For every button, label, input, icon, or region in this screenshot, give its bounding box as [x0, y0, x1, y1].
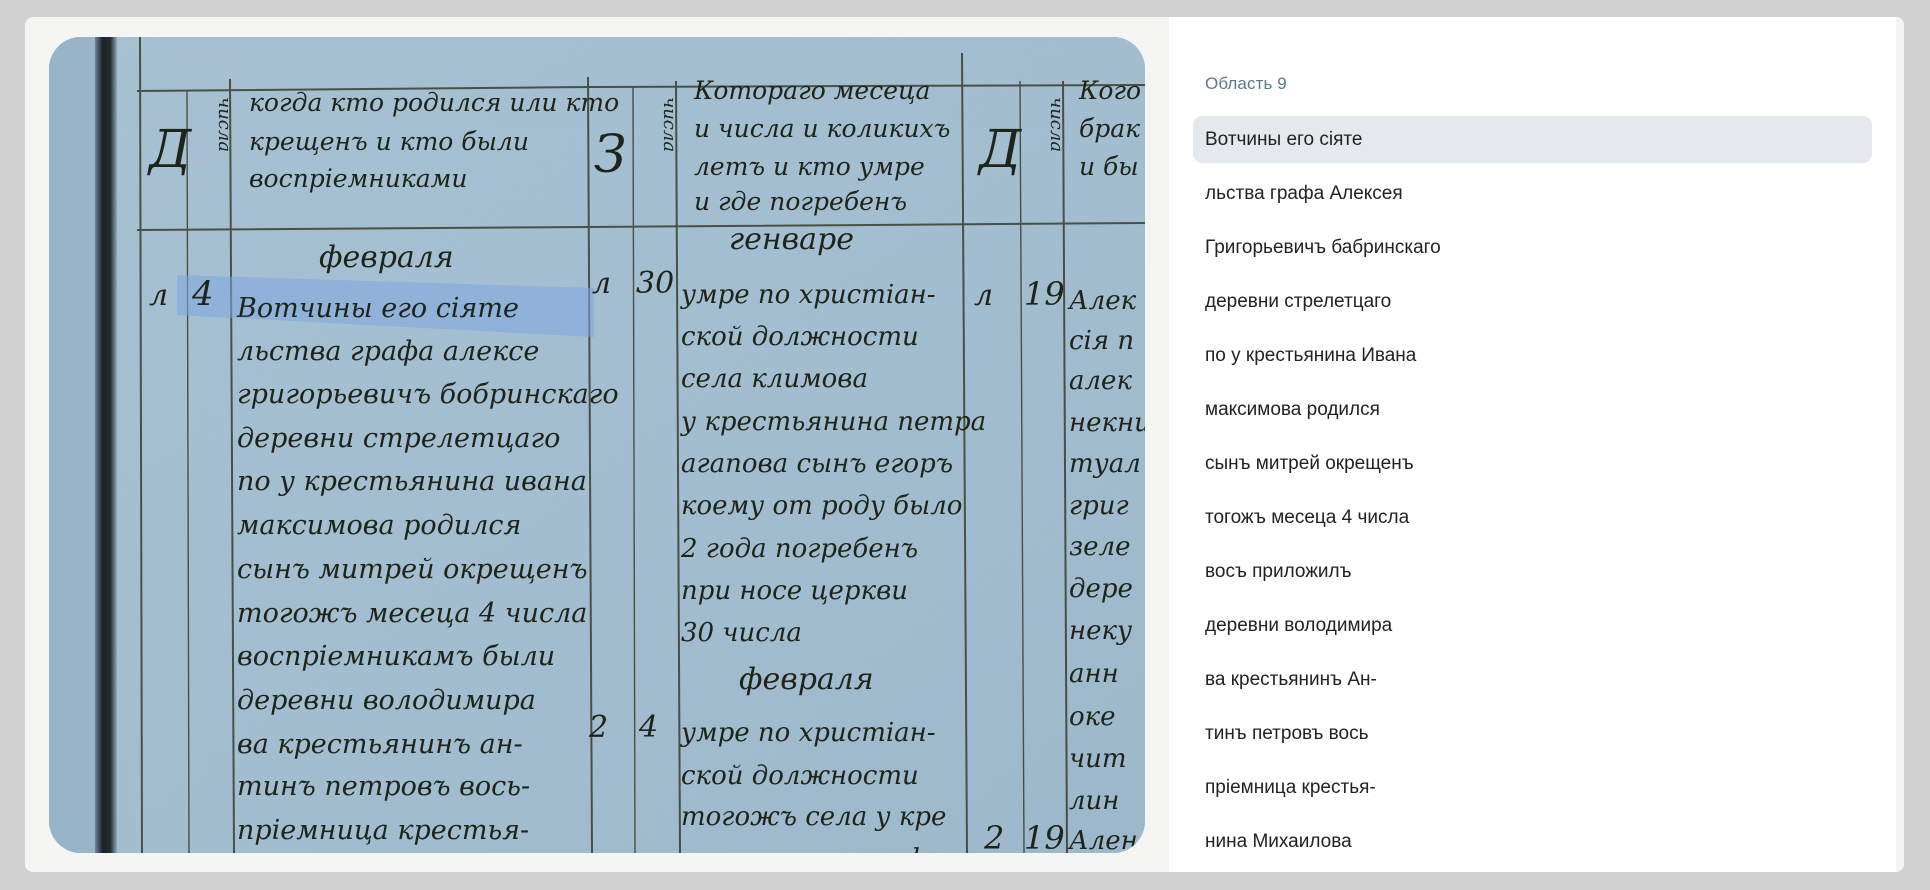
svg-text:Д: Д [147, 120, 193, 180]
svg-text:максимова родился: максимова родился [237, 510, 521, 541]
svg-text:алек: алек [1069, 366, 1132, 396]
svg-text:села климова: села климова [681, 364, 868, 394]
transcription-line[interactable]: сынъ митрей окрещенъ [1193, 440, 1872, 487]
transcription-line[interactable]: льства графа Алексея [1193, 170, 1872, 217]
svg-text:4: 4 [191, 274, 214, 314]
svg-text:2 года погребенъ: 2 года погребенъ [680, 534, 918, 564]
svg-text:и числа и коликихъ: и числа и коликихъ [694, 114, 950, 143]
svg-text:по у крестьянина ивана: по у крестьянина ивана [237, 466, 587, 497]
svg-text:коему от роду было: коему от роду было [681, 491, 962, 521]
svg-text:Д: Д [977, 120, 1023, 180]
svg-text:ской должности: ской должности [681, 761, 919, 791]
manuscript-image-viewer[interactable]: когда кто родился или кто крещенъ и кто … [49, 37, 1145, 853]
svg-text:л: л [592, 266, 611, 301]
svg-text:числа: числа [659, 97, 680, 152]
svg-text:Котораго месеца: Котораго месеца [693, 76, 930, 105]
svg-text:февраля: февраля [319, 240, 454, 275]
svg-text:умре по христіан-: умре по христіан- [680, 718, 936, 748]
svg-text:2: 2 [588, 710, 608, 745]
svg-text:летъ и кто умре: летъ и кто умре [694, 152, 925, 181]
svg-text:19: 19 [1024, 819, 1065, 853]
svg-text:19: 19 [1024, 275, 1065, 313]
svg-text:ской должности: ской должности [681, 322, 919, 352]
svg-text:крещенъ и кто были: крещенъ и кто были [249, 127, 529, 156]
svg-text:февраля: февраля [739, 662, 874, 697]
svg-text:и где погребенъ: и где погребенъ [694, 187, 907, 216]
svg-text:при носе церкви: при носе церкви [681, 576, 908, 606]
svg-text:4: 4 [638, 710, 658, 745]
svg-text:Кого: Кого [1078, 76, 1141, 105]
svg-text:тинъ петровъ вось-: тинъ петровъ вось- [237, 771, 530, 802]
svg-text:л: л [149, 278, 168, 313]
svg-text:неку: неку [1069, 616, 1132, 646]
transcription-line[interactable]: Григорьевичъ бабринскаго [1193, 224, 1872, 271]
svg-text:зеле: зеле [1069, 532, 1131, 562]
svg-text:воспріемниками: воспріемниками [249, 164, 467, 193]
svg-text:тогожъ месеца 4 числа: тогожъ месеца 4 числа [237, 598, 587, 629]
svg-text:ва крестьянинъ ан-: ва крестьянинъ ан- [237, 729, 523, 760]
svg-text:2: 2 [983, 819, 1004, 853]
svg-text:стьянина тимофеева: стьянина тимофеева [681, 844, 987, 853]
transcription-line-selected[interactable]: Вотчины его сіяте [1193, 116, 1872, 163]
transcription-panel: Область 9 Вотчины его сіяте льства графа… [1169, 17, 1896, 872]
svg-text:когда кто родился или кто: когда кто родился или кто [249, 88, 619, 117]
svg-text:тогожъ села у кре: тогожъ села у кре [681, 802, 946, 832]
transcription-line[interactable]: по у крестьянина Ивана [1193, 332, 1872, 379]
transcription-line-list: Вотчины его сіяте льства графа Алексея Г… [1193, 116, 1872, 872]
svg-text:числа: числа [1046, 97, 1067, 152]
transcription-line[interactable]: пріемница крестья- [1193, 764, 1872, 811]
svg-text:туал: туал [1069, 449, 1141, 479]
svg-text:оке: оке [1069, 702, 1116, 732]
svg-text:некни: некни [1069, 408, 1145, 438]
transcription-line[interactable]: тогожъ месеца 4 числа [1193, 494, 1872, 541]
svg-text:генваре: генваре [729, 222, 854, 257]
svg-text:пріемница крестья-: пріемница крестья- [237, 815, 529, 846]
transcription-line[interactable]: нина Михаилова [1193, 818, 1872, 865]
svg-text:григ: григ [1069, 491, 1129, 521]
transcription-line[interactable]: деревни володимира [1193, 602, 1872, 649]
svg-text:сія п: сія п [1069, 326, 1134, 356]
transcription-line[interactable]: деревни стрелетцаго [1193, 278, 1872, 325]
svg-text:умре по христіан-: умре по христіан- [680, 280, 936, 310]
svg-text:Ален: Ален [1067, 826, 1138, 853]
svg-text:лин: лин [1069, 786, 1119, 816]
svg-text:у крестьянина петра: у крестьянина петра [680, 407, 986, 437]
svg-text:брак: брак [1079, 114, 1140, 143]
manuscript-scan: когда кто родился или кто крещенъ и кто … [49, 37, 1145, 853]
app-card: когда кто родился или кто крещенъ и кто … [25, 17, 1904, 872]
svg-text:деревни стрелетцаго: деревни стрелетцаго [237, 423, 560, 454]
svg-text:З: З [594, 125, 626, 185]
transcription-line[interactable]: ва крестьянинъ Ан- [1193, 656, 1872, 703]
svg-text:Алек: Алек [1067, 286, 1137, 316]
transcription-line[interactable]: тинъ петровъ вось [1193, 710, 1872, 757]
svg-text:числа: числа [214, 97, 235, 152]
svg-text:дере: дере [1069, 574, 1133, 604]
transcription-line[interactable]: максимова родился [1193, 386, 1872, 433]
svg-text:анн: анн [1069, 659, 1119, 689]
svg-text:чит: чит [1069, 744, 1127, 774]
svg-text:Вотчины его сіяте: Вотчины его сіяте [236, 293, 519, 324]
svg-text:агапова сынъ егоръ: агапова сынъ егоръ [681, 449, 953, 479]
region-label: Область 9 [1205, 74, 1287, 94]
svg-text:воспріемникамъ были: воспріемникамъ были [237, 641, 555, 672]
svg-text:30 числа: 30 числа [681, 618, 802, 648]
svg-text:деревни володимира: деревни володимира [237, 685, 536, 716]
svg-text:льства графа алексе: льства графа алексе [237, 336, 539, 367]
transcription-line[interactable]: восъ приложилъ [1193, 548, 1872, 595]
svg-text:и бы: и бы [1079, 152, 1139, 181]
svg-text:григорьевичъ бобринскаго: григорьевичъ бобринскаго [237, 379, 619, 410]
svg-text:л: л [974, 278, 993, 313]
svg-text:сынъ митрей окрещенъ: сынъ митрей окрещенъ [237, 554, 588, 585]
panel-scrollbar-track[interactable] [1896, 17, 1904, 872]
svg-text:30: 30 [636, 266, 674, 301]
